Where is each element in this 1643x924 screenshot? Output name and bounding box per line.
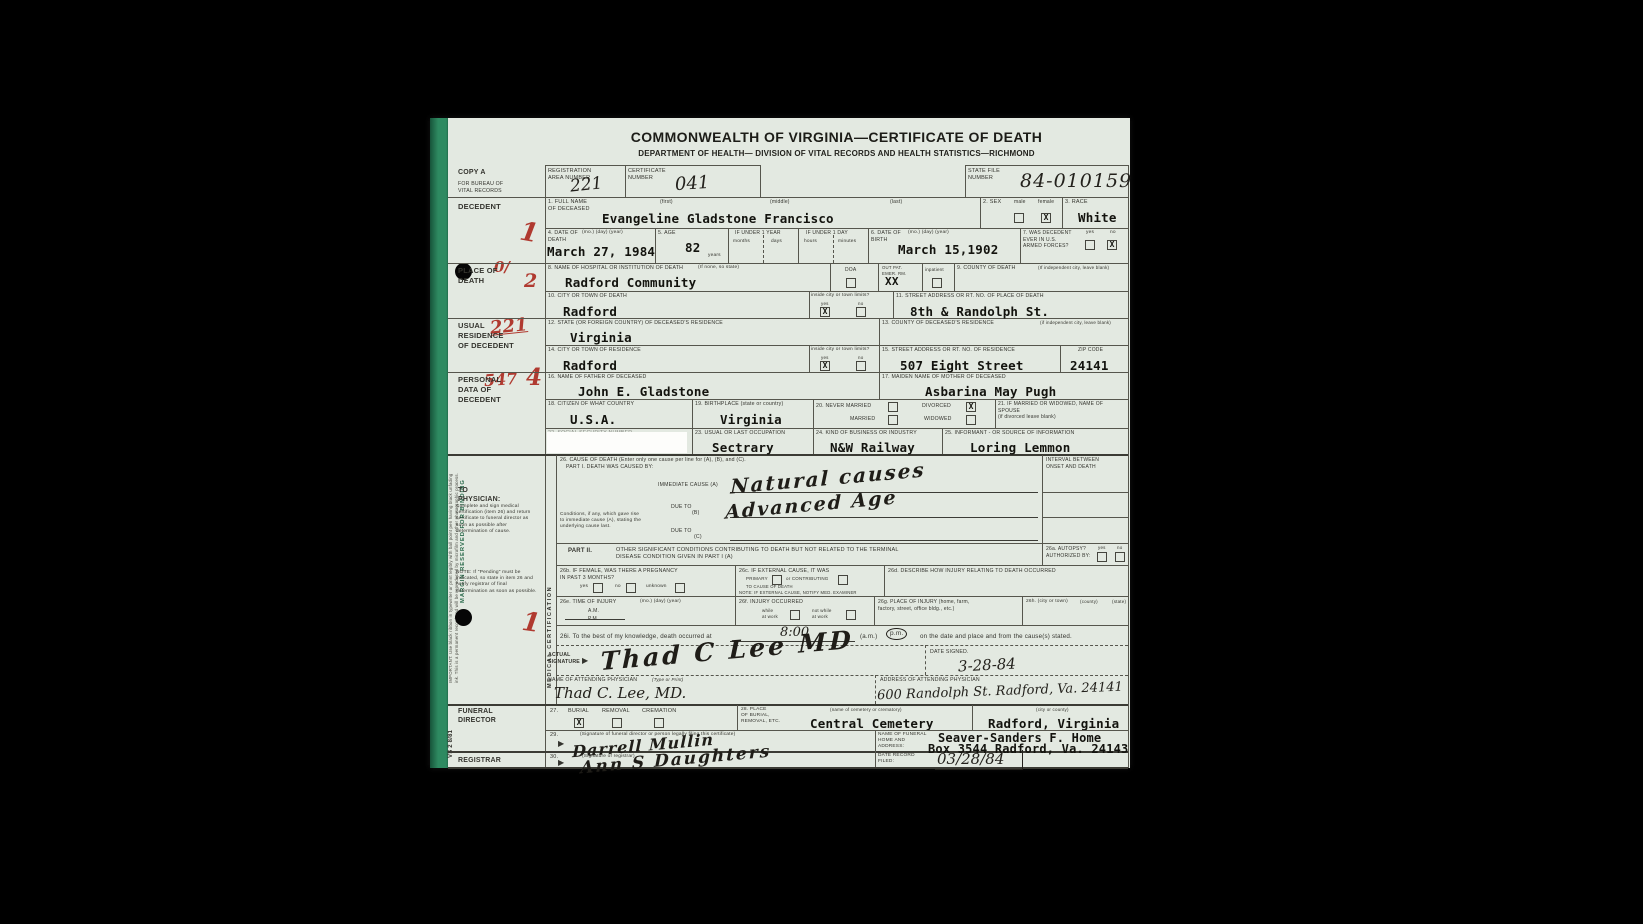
field-11-value: 8th & Randolph St.: [910, 304, 1049, 319]
red-mark-1: 1: [518, 217, 541, 250]
interval-label: INTERVAL BETWEEN ONSET AND DEATH: [1046, 457, 1099, 470]
side-label-decedent: DECEDENT: [458, 202, 501, 212]
field-24-value: N&W Railway: [830, 440, 915, 455]
under-1-day-hours: hours: [804, 239, 817, 245]
field-29-label: 29.: [550, 732, 558, 739]
limits-no-checkbox-death: [856, 307, 866, 317]
limits-yes-checkbox-residence: X: [820, 361, 830, 371]
inpatient-label: inpatient: [925, 267, 944, 273]
red-mark-2b: 2: [524, 270, 537, 292]
field-30-arrow: ▶: [558, 758, 564, 768]
grid-line: [1128, 165, 1129, 768]
limits-label-residence: inside city or town limits?: [811, 347, 869, 353]
field-26h-county: (county): [1080, 599, 1098, 605]
field-25-value: Loring Lemmon: [970, 440, 1070, 455]
field-10-label: 10. CITY OR TOWN OF DEATH: [548, 293, 627, 300]
injury-while-at-work-checkbox: [790, 610, 800, 620]
field-7-no-label: no: [1110, 230, 1116, 236]
field-20-never-label: 20. NEVER MARRIED: [816, 403, 871, 410]
grid-line: [879, 318, 880, 345]
field-27-label: 27.: [550, 708, 558, 715]
field-29-arrow: ▶: [558, 739, 564, 749]
grid-line: [980, 197, 981, 228]
grid-line: [1042, 492, 1128, 493]
field-26-label: 26. CAUSE OF DEATH (Enter only one cause…: [560, 457, 746, 464]
side-physician-note: Complete and sign medical certification …: [456, 504, 538, 535]
field-26a-no-label: no: [1117, 545, 1122, 551]
grid-line: [556, 675, 1128, 676]
grid-line: [545, 165, 546, 768]
under-1-year-months: months: [733, 239, 750, 245]
grid-line: [798, 228, 799, 263]
death-certificate-document: IMPORTANT: Use black ribbon in typewrite…: [430, 118, 1130, 768]
field-2-male-label: male: [1014, 199, 1026, 206]
field-2-female-label: female: [1038, 199, 1054, 206]
date-signed-label: DATE SIGNED.: [930, 649, 969, 656]
pregnancy-no-checkbox: [626, 583, 636, 593]
side-label-funeral-director: FUNERAL DIRECTOR: [458, 707, 496, 725]
grid-line: [813, 399, 814, 428]
field-20-divorced-label: DIVORCED: [922, 403, 951, 410]
limits-yes-checkbox-death: X: [820, 307, 830, 317]
field-26b-unknown: unknown: [646, 584, 667, 590]
immediate-cause-label: IMMEDIATE CAUSE (A): [658, 482, 718, 489]
zip-value: 24141: [1070, 358, 1109, 373]
grid-line: [1042, 455, 1043, 565]
field-27-burial-label: BURIAL: [568, 708, 589, 715]
field-26c-or: or CONTRIBUTING: [786, 576, 829, 582]
signature-arrow: ▶: [582, 656, 588, 666]
side-label-to-physician: TO PHYSICIAN:: [458, 486, 500, 504]
field-26c-to: TO CAUSE OF DEATH: [746, 584, 793, 589]
field-8-sub: (If none, so state): [698, 265, 739, 271]
under-1-year-days: days: [771, 239, 782, 245]
field-1-value: Evangeline Gladstone Francisco: [602, 211, 834, 226]
grid-line: [922, 263, 923, 291]
armed-forces-yes-checkbox: [1085, 240, 1095, 250]
limits-label-death: inside city or town limits?: [811, 293, 869, 299]
grid-line: [763, 235, 764, 263]
injury-not-while-at-work-checkbox: [846, 610, 856, 620]
field-6-sub: (mo.) (day) (year): [908, 230, 949, 236]
field-26f-label: 26f. INJURY OCCURRED: [739, 599, 803, 606]
field-26f-not: not while at work: [812, 608, 832, 620]
b-label: (B): [692, 510, 700, 517]
field-3-label: 3. RACE: [1065, 199, 1088, 206]
field-13-sub: (if independent city, leave blank): [1040, 320, 1111, 326]
field-28-value1: Central Cemetery: [810, 716, 934, 731]
grid-line: [875, 730, 876, 751]
autopsy-no-checkbox: [1115, 552, 1125, 562]
physician-name-sub: (Type or Print): [652, 677, 683, 683]
field-6-value: March 15,1902: [898, 242, 998, 257]
field-26h-label: 26h. (city or town): [1026, 599, 1068, 605]
field-26h-state: (state): [1112, 599, 1126, 605]
field-1-middle: (middle): [770, 199, 790, 206]
field-12-value: Virginia: [570, 330, 632, 345]
margin-binding-text: MARGIN RESERVED FOR BINDING: [460, 333, 468, 603]
grid-line: [1020, 228, 1021, 263]
field-20-widowed-label: WIDOWED: [924, 416, 952, 423]
field-26e-sub: (mo.) (day) (year): [640, 599, 681, 605]
certificate-subtitle: DEPARTMENT OF HEALTH— DIVISION OF VITAL …: [545, 149, 1128, 159]
grid-line: [813, 428, 814, 454]
registration-area-value: 221: [569, 173, 603, 196]
field-16-label: 16. NAME OF FATHER OF DECEASED: [548, 374, 646, 381]
side-label-usual-residence: USUAL RESIDENCE OF DECEDENT: [458, 321, 514, 350]
grid-line: [448, 704, 1128, 706]
field-26f-while: while at work: [762, 608, 778, 620]
cause-c-line: [730, 540, 1038, 541]
field-18-label: 18. CITIZEN OF WHAT COUNTRY: [548, 401, 634, 408]
field-24-label: 24. KIND OF BUSINESS OR INDUSTRY: [816, 430, 917, 437]
grid-line: [545, 345, 1128, 346]
cremation-checkbox: [654, 718, 664, 728]
grid-line: [545, 291, 1128, 292]
field-26a-yes-label: yes: [1098, 545, 1106, 551]
field-23-label: 23. USUAL OR LAST OCCUPATION: [695, 430, 785, 437]
date-filed-label: DATE RECORD FILED:: [878, 753, 915, 765]
red-mark-4b: 4: [526, 364, 542, 391]
field-26d-label: 26d. DESCRIBE HOW INJURY RELATING TO DEA…: [888, 568, 1056, 575]
grid-line: [737, 705, 738, 730]
field-26a-label: 26a. AUTOPSY? AUTHORIZED BY:: [1046, 546, 1090, 559]
binding-strip: [430, 118, 448, 768]
under-1-year-label: IF UNDER 1 YEAR: [735, 230, 781, 237]
field-17-label: 17. MAIDEN NAME OF MOTHER OF DECEASED: [882, 374, 1006, 381]
field-15-value: 507 Eight Street: [900, 358, 1024, 373]
field-9-sub: (If independent city, leave blank): [1038, 265, 1109, 271]
autopsy-yes-checkbox: [1097, 552, 1107, 562]
field-26i-am: (a.m.): [860, 633, 877, 641]
armed-forces-no-checkbox: X: [1107, 240, 1117, 250]
grid-line: [965, 165, 1128, 166]
field-26e-am: A.M.: [588, 608, 599, 615]
grid-line: [972, 705, 973, 730]
field-5-label: 5. AGE: [658, 230, 676, 237]
field-2-label: 2. SEX: [983, 199, 1001, 206]
under-1-day-label: IF UNDER 1 DAY: [806, 230, 848, 237]
field-26i-post: on the date and place and from the cause…: [920, 633, 1072, 641]
field-16-value: John E. Gladstone: [578, 384, 709, 399]
actual-signature-label: ACTUAL SIGNATURE: [548, 652, 580, 666]
grid-line: [1022, 596, 1023, 625]
side-label-place-of-death: PLACE OF DEATH: [458, 266, 498, 286]
field-3-value: White: [1078, 210, 1117, 225]
field-26c-label: 26c. IF EXTERNAL CAUSE, IT WAS: [739, 568, 829, 575]
field-4-sub: (mo.) (day) (year): [582, 230, 623, 236]
grid-line: [833, 235, 834, 263]
field-19-value: Virginia: [720, 412, 782, 427]
field-26e-label: 26e. TIME OF INJURY: [560, 599, 616, 606]
field-20-married-label: MARRIED: [850, 416, 875, 423]
limits-no-label-residence: no: [858, 355, 863, 361]
grid-line: [879, 345, 880, 372]
grid-line: [879, 372, 880, 399]
field-5-unit: years: [708, 253, 721, 259]
c-label: (C): [694, 534, 702, 541]
field-14-value: Radford: [563, 358, 617, 373]
grid-line: [735, 596, 736, 625]
grid-line: [875, 751, 876, 767]
grid-line: [556, 565, 1128, 566]
part2-text: OTHER SIGNIFICANT CONDITIONS CONTRIBUTIN…: [616, 547, 899, 561]
inpatient-checkbox: [932, 278, 942, 288]
field-4-value: March 27, 1984: [547, 244, 655, 259]
field-19-label: 19. BIRTHPLACE (state or country): [695, 401, 783, 408]
conditions-note: Conditions, if any, which gave rise to i…: [560, 512, 641, 531]
field-17-value: Asbarina May Pugh: [925, 384, 1056, 399]
never-married-checkbox: [888, 402, 898, 412]
physician-name-label: NAME OF ATTENDING PHYSICIAN: [548, 677, 637, 684]
field-26g-label: 26g. PLACE OF INJURY (home, farm, factor…: [878, 599, 969, 612]
field-26i-pm-circled: p.m.: [886, 628, 907, 640]
field-4-label: 4. DATE OF DEATH: [548, 230, 578, 244]
field-1-first: (first): [660, 199, 673, 206]
field-28-value2: Radford, Virginia: [988, 716, 1119, 731]
field-21-label: 21. IF MARRIED OR WIDOWED, NAME OF SPOUS…: [998, 401, 1126, 421]
grid-line: [692, 428, 693, 454]
field-5-value: 82: [685, 240, 700, 255]
copy-label: COPY A: [458, 168, 486, 177]
field-13-label: 13. COUNTY OF DECEASED'S RESIDENCE: [882, 320, 994, 327]
field-7-label: 7. WAS DECEDENT EVER IN U.S. ARMED FORCE…: [1023, 230, 1072, 250]
under-1-day-minutes: minutes: [838, 239, 856, 245]
certificate-number-label: CERTIFICATE NUMBER: [628, 168, 666, 182]
part1-label: PART I. DEATH WAS CAUSED BY:: [566, 464, 653, 471]
grid-line: [809, 291, 810, 318]
due-to-b-label: DUE TO: [671, 504, 692, 511]
grid-line: [448, 767, 1128, 769]
field-28-sub1: (name of cemetery or crematory): [830, 707, 902, 713]
date-filed-value: 03/28/84: [935, 750, 1023, 770]
pm-circle: p.m.: [886, 628, 907, 640]
bureau-label: FOR BUREAU OF VITAL RECORDS: [458, 181, 503, 195]
field-18-value: U.S.A.: [570, 412, 616, 427]
field-1-label: 1. FULL NAME OF DECEASED: [548, 199, 590, 213]
side-pending-note: NOTE: If "Pending" must be indicated, so…: [456, 570, 538, 595]
field-1-last: (last): [890, 199, 902, 206]
grid-line: [735, 565, 736, 596]
part2-label: PART II.: [568, 548, 592, 556]
grid-line: [942, 428, 943, 454]
grid-line: [995, 399, 996, 428]
field-28-label: 28. PLACE OF BURIAL, REMOVAL, ETC.: [741, 707, 780, 726]
physician-name-value: Thad C. Lee, MD.: [554, 684, 686, 702]
hole-punch-bottom: [455, 609, 472, 626]
field-9-label: 9. COUNTY OF DEATH: [957, 265, 1015, 272]
grid-line: [448, 197, 1128, 198]
limits-no-label-death: no: [858, 301, 863, 307]
grid-line: [545, 399, 1128, 400]
field-10-value: Radford: [563, 304, 617, 319]
field-26e-pm: P.M.: [588, 616, 598, 623]
grid-line: [884, 565, 885, 596]
grid-line: [809, 345, 810, 372]
field-12-label: 12. STATE (OR FOREIGN COUNTRY) OF DECEAS…: [548, 320, 723, 327]
grid-line: [556, 455, 557, 704]
state-file-value: 84-010159: [1020, 170, 1132, 192]
pregnancy-unknown-checkbox: [675, 583, 685, 593]
ssn-redaction-patch: [547, 432, 687, 453]
certificate-title: COMMONWEALTH OF VIRGINIA—CERTIFICATE OF …: [545, 128, 1128, 146]
external-contributing-checkbox: [838, 575, 848, 585]
side-label-registrar: REGISTRAR: [458, 756, 501, 765]
grid-line: [1042, 517, 1128, 518]
grid-line: [878, 263, 879, 291]
field-8-label: 8. NAME OF HOSPITAL OR INSTITUTION OF DE…: [548, 265, 683, 272]
field-25-label: 25. INFORMANT - OR SOURCE OF INFORMATION: [945, 430, 1074, 437]
field-6-label: 6. DATE OF BIRTH: [871, 230, 901, 244]
field-26b-no: no: [615, 584, 621, 590]
grid-line: [556, 596, 1128, 597]
grid-line: [625, 165, 626, 197]
red-mark-5: 1: [520, 607, 542, 639]
grid-line: [448, 372, 1128, 373]
grid-line: [692, 399, 693, 428]
date-signed-value: 3-28-84: [958, 654, 1017, 675]
sex-female-checkbox: X: [1041, 213, 1051, 223]
removal-checkbox: [612, 718, 622, 728]
grid-line: [830, 263, 831, 291]
burial-checkbox: X: [574, 718, 584, 728]
sex-male-checkbox: [1014, 213, 1024, 223]
widowed-checkbox: [966, 415, 976, 425]
doa-label: DOA: [845, 267, 856, 274]
limits-yes-label-residence: yes: [821, 355, 829, 361]
doa-checkbox: [846, 278, 856, 288]
grid-line: [925, 645, 926, 675]
field-30-label: 30.: [550, 754, 558, 761]
field-11-label: 11. STREET ADDRESS OR RT. NO. OF PLACE O…: [896, 293, 1044, 300]
scan-background: { "header": { "title": "COMMONWEALTH OF …: [0, 0, 1643, 924]
grid-line: [954, 263, 955, 291]
grid-line: [1060, 345, 1061, 372]
field-26b-label: 26b. IF FEMALE, WAS THERE A PREGNANCY IN…: [560, 568, 678, 582]
field-26c-primary: PRIMARY: [746, 576, 768, 582]
limits-no-checkbox-residence: [856, 361, 866, 371]
divorced-checkbox: X: [966, 402, 976, 412]
side-label-personal-data: PERSONAL DATA OF DECEDENT: [458, 375, 501, 404]
state-file-label: STATE FILE NUMBER: [968, 168, 1000, 182]
field-27-cremation-label: CREMATION: [642, 708, 676, 715]
field-26c-note: NOTE: IF EXTERNAL CAUSE, NOTIFY MED. EXA…: [739, 590, 857, 595]
grid-line: [875, 675, 876, 704]
field-28-sub2: (city or county): [1036, 707, 1069, 713]
grid-line: [868, 228, 869, 263]
field-23-value: Sectrary: [712, 440, 774, 455]
grid-line: [965, 165, 966, 197]
zip-label: ZIP CODE: [1078, 347, 1103, 354]
pregnancy-yes-checkbox: [593, 583, 603, 593]
field-14-label: 14. CITY OR TOWN OF RESIDENCE: [548, 347, 641, 354]
margin-important-text-1: IMPORTANT: Use black ribbon in typewrite…: [448, 233, 454, 683]
due-to-c-label: DUE TO: [671, 528, 692, 535]
grid-line: [448, 263, 1128, 264]
field-7-yes-label: yes: [1086, 230, 1094, 236]
married-checkbox: [888, 415, 898, 425]
funeral-home-label: NAME OF FUNERAL HOME AND ADDRESS:: [878, 732, 927, 751]
certificate-number-value: 041: [674, 172, 710, 195]
grid-line: [545, 165, 760, 166]
grid-line: [760, 165, 761, 197]
grid-line: [874, 596, 875, 625]
field-8-value: Radford Community: [565, 275, 696, 290]
limits-yes-label-death: yes: [821, 301, 829, 307]
physician-address-label: ADDRESS OF ATTENDING PHYSICIAN: [880, 677, 980, 684]
grid-line: [545, 228, 1128, 229]
grid-line: [728, 228, 729, 263]
grid-line: [893, 291, 894, 318]
grid-line: [545, 428, 1128, 429]
field-26b-yes: yes: [580, 584, 588, 590]
field-27-removal-label: REMOVAL: [602, 708, 630, 715]
field-15-label: 15. STREET ADDRESS OR RT. NO. OF RESIDEN…: [882, 347, 1015, 354]
grid-line: [1062, 197, 1063, 228]
grid-line: [556, 543, 1128, 544]
outpatient-mark: XX: [885, 275, 899, 288]
